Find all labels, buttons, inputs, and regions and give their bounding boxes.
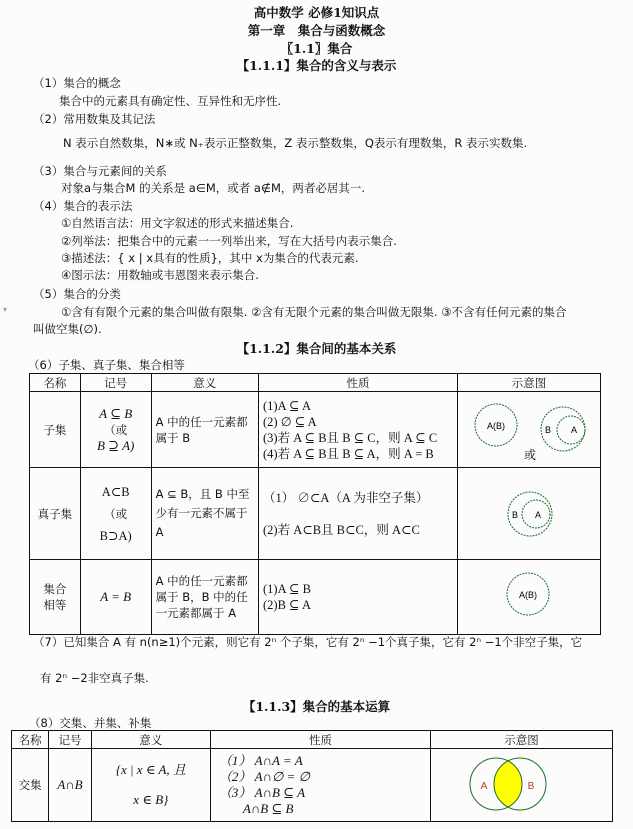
meaning-line: 属于 B，B 中的任 — [156, 589, 254, 605]
meaning-line: 少有一元素不属于 — [156, 504, 254, 523]
meaning-line: x ∈ B} — [96, 785, 206, 815]
item-4-line-3: ③描述法：{ x | x具有的性质}，其中 x为集合的代表元素. — [61, 250, 359, 266]
row-name: 真子集 — [30, 468, 81, 560]
meaning-line: {x | x ∈ A, 且 — [96, 755, 206, 785]
item-5-title: （5）集合的分类 — [33, 286, 121, 302]
table-header-row: 名称 记号 意义 性质 示意图 — [12, 731, 613, 749]
item-4-line-2: ②列举法：把集合中的元素一一列举出来，写在大括号内表示集合. — [61, 233, 397, 249]
property-line: A∩B ⊆ B — [219, 801, 426, 817]
row-meaning: A 中的任一元素都 属于 B — [151, 392, 258, 468]
diagram-label: A — [481, 781, 488, 792]
property-line: (1)A ⊆ A — [263, 398, 453, 414]
chapter-title: 第一章 集合与函数概念 — [0, 21, 633, 39]
diagram-label: A — [535, 510, 541, 520]
table-row-subset: 子集 A ⊆ B （或 B ⊇ A) A 中的任一元素都 属于 B (1)A ⊆… — [30, 392, 601, 468]
header-notation: 记号 — [80, 374, 151, 392]
notation-line: B⊃A) — [85, 525, 147, 547]
diagram-label: B — [512, 510, 518, 520]
row-properties: (1)A ⊆ B (2)B ⊆ A — [259, 560, 458, 635]
item-7-line-2: 有 2ⁿ −2非空真子集. — [40, 670, 149, 686]
header-notation: 记号 — [49, 731, 92, 749]
notation-line: （或 — [85, 503, 147, 525]
header-meaning: 意义 — [91, 731, 210, 749]
meaning-line: A — [156, 523, 254, 542]
property-line: (3)若 A ⊆ B且 B ⊆ C，则 A ⊆ C — [263, 430, 453, 446]
set-relations-table: 名称 记号 意义 性质 示意图 子集 A ⊆ B （或 B ⊇ A) A 中的任… — [29, 373, 601, 635]
row-properties: （1） A∩A = A （2） A∩∅ = ∅ （3） A∩B ⊆ A A∩B … — [210, 749, 430, 822]
item-3-body: 对象a与集合M 的关系是 a∈M，或者 a∉M，两者必居其一. — [61, 180, 365, 196]
table-header-row: 名称 记号 意义 性质 示意图 — [30, 374, 601, 392]
row-name: 交集 — [12, 749, 49, 822]
notation-line: （或 — [85, 422, 147, 438]
header-diagram: 示意图 — [431, 731, 613, 749]
name-line: 相等 — [34, 597, 76, 613]
property-line: (2)B ⊆ A — [263, 597, 453, 613]
diagram-label: B — [545, 425, 551, 435]
document-title: 高中数学 必修1知识点 — [0, 3, 633, 21]
item-2-body: N 表示自然数集，N∗或 N₊表示正整数集，Z 表示整数集，Q表示有理数集，R … — [63, 135, 527, 151]
header-meaning: 意义 — [151, 374, 258, 392]
item-2-title: （2）常用数集及其记法 — [33, 111, 155, 127]
item-4-line-1: ①自然语言法：用文字叙述的形式来描述集合. — [61, 215, 293, 231]
item-6-title: （6）子集、真子集、集合相等 — [28, 357, 185, 373]
row-notation: A∩B — [49, 749, 92, 822]
item-5-body-1: ①含有有限个元素的集合叫做有限集. ②含有无限个元素的集合叫做无限集. ③不含有… — [61, 304, 567, 320]
row-diagram: A(B) — [457, 560, 600, 635]
meaning-line: A 中的任一元素都 — [156, 414, 254, 430]
diagram-label: B — [528, 781, 535, 792]
item-4-title: （4）集合的表示法 — [33, 198, 132, 214]
diagram-label: A(B) — [519, 590, 537, 600]
notation-line: B ⊇ A) — [85, 438, 147, 454]
equal-sets-venn-diagram: A(B) — [458, 560, 600, 631]
notation-line: A⊂B — [85, 481, 147, 503]
subsection-title-2: 【1.1.2】集合间的基本关系 — [0, 339, 633, 357]
row-meaning: A 中的任一元素都 属于 B，B 中的任 一元素都属于 A — [151, 560, 258, 635]
item-7-line-1: （7）已知集合 A 有 n(n≥1)个元素，则它有 2ⁿ 个子集，它有 2ⁿ −… — [33, 634, 582, 650]
row-diagram: A(B) B A 或 — [457, 392, 600, 468]
margin-marker-icon: ▾ — [3, 305, 7, 314]
set-operations-table: 名称 记号 意义 性质 示意图 交集 A∩B {x | x ∈ A, 且 x ∈… — [11, 730, 613, 822]
row-diagram: B A — [457, 468, 600, 560]
diagram-label: A(B) — [487, 421, 505, 431]
property-line: （1） A∩A = A — [219, 753, 426, 769]
row-notation: A⊂B （或 B⊃A) — [80, 468, 151, 560]
section-title: 〖1.1〗集合 — [0, 39, 633, 57]
item-3-title: （3）集合与元素间的关系 — [33, 163, 167, 179]
item-8-title: （8）交集、并集、补集 — [29, 715, 151, 731]
name-line: 集合 — [34, 581, 76, 597]
property-line: （2） A∩∅ = ∅ — [219, 769, 426, 785]
table-row-proper-subset: 真子集 A⊂B （或 B⊃A) A ⊆ B，且 B 中至 少有一元素不属于 A … — [30, 468, 601, 560]
row-notation: A ⊆ B （或 B ⊇ A) — [80, 392, 151, 468]
property-line: (2)若 A⊂B且 B⊂C，则 A⊂C — [263, 514, 453, 546]
meaning-line: 一元素都属于 A — [156, 605, 254, 621]
header-diagram: 示意图 — [457, 374, 600, 392]
table-row-intersection: 交集 A∩B {x | x ∈ A, 且 x ∈ B} （1） A∩A = A … — [12, 749, 613, 822]
diagram-or-text: 或 — [524, 448, 536, 462]
header-name: 名称 — [30, 374, 81, 392]
item-4-line-4: ④图示法：用数轴或韦恩图来表示集合. — [61, 267, 259, 283]
row-name: 子集 — [30, 392, 81, 468]
table-row-equal-sets: 集合 相等 A = B A 中的任一元素都 属于 B，B 中的任 一元素都属于 … — [30, 560, 601, 635]
subsection-title: 【1.1.1】集合的含义与表示 — [0, 56, 633, 74]
header-properties: 性质 — [259, 374, 458, 392]
header-properties: 性质 — [210, 731, 430, 749]
row-meaning: {x | x ∈ A, 且 x ∈ B} — [91, 749, 210, 822]
property-line: (4)若 A ⊆ B且 B ⊆ A，则 A = B — [263, 446, 453, 462]
item-1-title: （1）集合的概念 — [33, 75, 121, 91]
item-5-body-2: 叫做空集(∅). — [33, 321, 102, 337]
notation-line: A ⊆ B — [85, 406, 147, 422]
subsection-title-3: 【1.1.3】集合的基本运算 — [0, 697, 633, 715]
meaning-line: A 中的任一元素都 — [156, 573, 254, 589]
subset-venn-diagram: A(B) B A 或 — [458, 392, 600, 464]
intersection-venn-diagram: A B — [431, 749, 601, 818]
property-line: (1)A ⊆ B — [263, 581, 453, 597]
diagram-label: A — [571, 425, 577, 435]
property-line: (2) ∅ ⊆ A — [263, 414, 453, 430]
item-1-body: 集合中的元素具有确定性、互异性和无序性. — [59, 93, 281, 109]
property-line: （3） A∩B ⊆ A — [219, 785, 426, 801]
meaning-line: A ⊆ B，且 B 中至 — [156, 485, 254, 504]
row-properties: （1） ∅⊂A（A 为非空子集） (2)若 A⊂B且 B⊂C，则 A⊂C — [259, 468, 458, 560]
row-meaning: A ⊆ B，且 B 中至 少有一元素不属于 A — [151, 468, 258, 560]
row-name: 集合 相等 — [30, 560, 81, 635]
row-notation: A = B — [80, 560, 151, 635]
row-properties: (1)A ⊆ A (2) ∅ ⊆ A (3)若 A ⊆ B且 B ⊆ C，则 A… — [259, 392, 458, 468]
proper-subset-venn-diagram: B A — [458, 468, 600, 556]
property-line: （1） ∅⊂A（A 为非空子集） — [263, 482, 453, 514]
row-diagram: A B — [431, 749, 613, 822]
meaning-line: 属于 B — [156, 430, 254, 446]
header-name: 名称 — [12, 731, 49, 749]
